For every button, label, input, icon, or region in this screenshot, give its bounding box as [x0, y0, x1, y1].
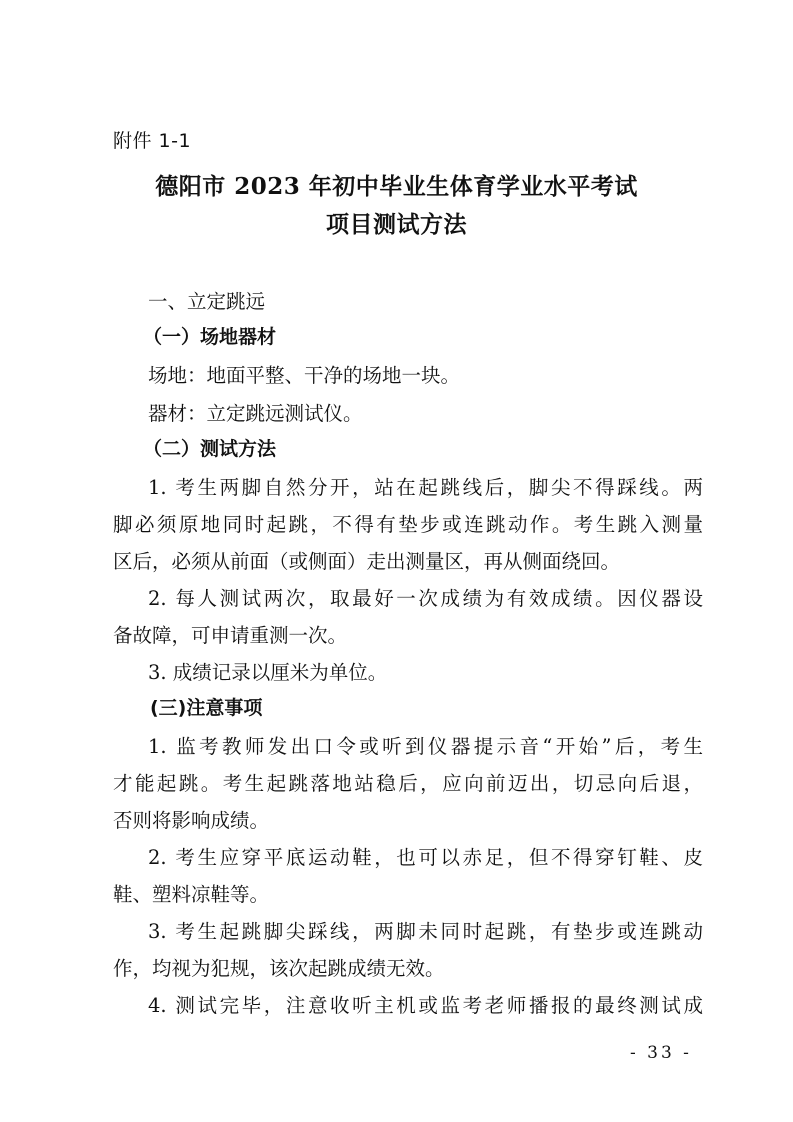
notes-line: 1. 监考教师发出口令或听到仪器提示音“开始”后，考生	[148, 731, 703, 759]
page-number: - 33 -	[630, 1043, 692, 1063]
notes-line: 才能起跳。考生起跳落地站稳后，应向前迈出，切忌向后退，	[113, 768, 703, 796]
notes-line: 作，均视为犯规，该次起跳成绩无效。	[113, 953, 703, 981]
notes-line: 否则将影响成绩。	[113, 805, 703, 833]
document-title-line1: 德阳市 2023 年初中毕业生体育学业水平考试	[0, 168, 793, 201]
document-title-line2: 项目测试方法	[0, 206, 793, 239]
notes-line: 3. 考生起跳脚尖踩线，两脚未同时起跳，有垫步或连跳动	[148, 916, 703, 944]
document-page: 附件 1-1 德阳市 2023 年初中毕业生体育学业水平考试 项目测试方法 一、…	[0, 0, 793, 1122]
subsection-heading-test-method: （二）测试方法	[143, 434, 698, 461]
method-line: 区后，必须从前面（或侧面）走出测量区，再从侧面绕回。	[113, 546, 703, 574]
method-line: 备故障，可申请重测一次。	[113, 620, 703, 648]
method-line: 2. 每人测试两次，取最好一次成绩为有效成绩。因仪器设	[148, 583, 703, 611]
method-line: 脚必须原地同时起跳，不得有垫步或连跳动作。考生跳入测量	[113, 509, 703, 537]
method-line: 1. 考生两脚自然分开，站在起跳线后，脚尖不得踩线。两	[148, 472, 703, 500]
notes-line: 2. 考生应穿平底运动鞋，也可以赤足，但不得穿钉鞋、皮	[148, 842, 703, 870]
equipment-text: 器材：立定跳远测试仪。	[148, 398, 703, 426]
subsection-heading-notes: (三)注意事项	[150, 693, 705, 720]
notes-line: 4. 测试完毕，注意收听主机或监考老师播报的最终测试成	[148, 990, 703, 1018]
attachment-label: 附件 1-1	[113, 126, 191, 153]
venue-text: 场地：地面平整、干净的场地一块。	[148, 360, 703, 388]
method-line: 3. 成绩记录以厘米为单位。	[148, 657, 703, 685]
subsection-heading-venue-equipment: （一）场地器材	[143, 322, 698, 349]
section-heading-standing-long-jump: 一、立定跳远	[148, 286, 703, 314]
notes-line: 鞋、塑料凉鞋等。	[113, 879, 703, 907]
